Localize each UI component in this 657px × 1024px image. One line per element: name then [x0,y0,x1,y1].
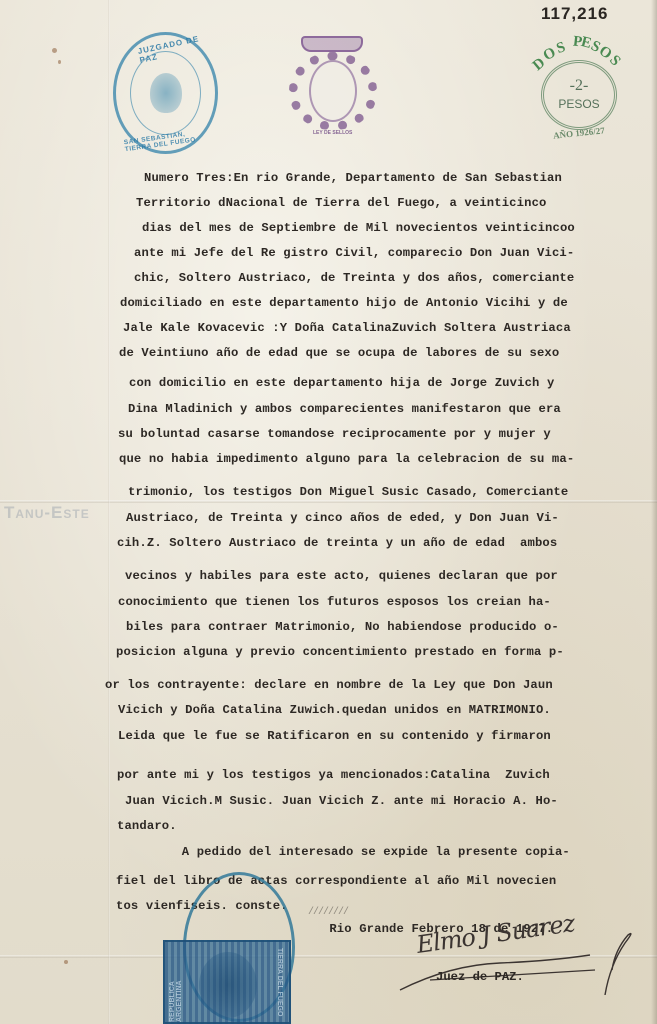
fold-crease-vertical [108,0,110,1024]
text-line: conocimiento que tienen los futuros espo… [118,595,551,609]
stamp-year: AÑO 1926/27 [553,125,606,140]
age-spot [52,48,57,53]
juzgado-de-paz-seal: JUZGADO DE PAZ SAN SEBASTIAN, TIERRA DEL… [113,32,218,154]
text-line: A pedido del interesado se expide la pre… [137,845,570,859]
stamp-oval [309,60,357,122]
typewriter-smudge: //////// [308,907,348,918]
text-line: or los contrayente: declare en nombre de… [105,678,553,692]
text-line: chic, Soltero Austriaco, de Treinta y do… [134,271,574,285]
signature-title: Juez de PAZ. [436,970,524,984]
serial-number: 117,216 [541,4,609,24]
text-line: trimonio, los testigos Don Miguel Susic … [128,485,568,499]
text-line: cih.Z. Soltero Austriaco de treinta y un… [117,536,557,550]
text-line: biles para contraer Matrimonio, No habie… [126,620,559,634]
text-line: dias del mes de Septiembre de Mil noveci… [142,221,575,235]
ley-de-sellos-stamp: LEY DE SELLOS [287,36,379,138]
watermark: Tanu-Este [4,503,90,523]
text-line: de Veintiuno año de edad que se ocupa de… [119,346,559,360]
text-line: por ante mi y los testigos ya mencionado… [117,768,550,782]
stamp-unit: PESOS [544,97,614,111]
text-line: su boluntad casarse tomandose reciprocam… [118,427,551,441]
text-line: domiciliado en este departamento hijo de… [120,296,568,310]
stamp-caption: LEY DE SELLOS [313,130,352,136]
stamp-banner [301,36,363,52]
text-line: Vicich y Doña Catalina Zuwich.quedan uni… [118,703,551,717]
text-line: con domicilio en este departamento hija … [129,376,554,390]
paper-edge [651,0,657,1024]
text-line: que no habia impedimento alguno para la … [119,452,574,466]
stamp-ring: -2- PESOS [541,60,617,130]
text-line: ante mi Jefe del Re gistro Civil, compar… [134,246,574,260]
certificate-body: Numero Tres:En rio Grande, Departamento … [0,0,15,420]
stamp-arc-text: DOS PESOS [530,34,621,51]
text-line: Numero Tres:En rio Grande, Departamento … [144,171,562,185]
text-line: Juan Vicich.M Susic. Juan Vicich Z. ante… [125,794,558,808]
text-line: fiel del libro de actas correspondiente … [116,874,556,888]
text-line: Austriaco, de Treinta y cinco años de ed… [126,511,559,525]
text-line: posicion alguna y previo concentimiento … [116,645,564,659]
revenue-stamp: REPUBLICA ARGENTINA TIERRA DEL FUEGO [163,940,291,1024]
text-line: tandaro. [117,819,177,833]
text-line: vecinos y habiles para este acto, quiene… [125,569,558,583]
dos-pesos-tax-stamp: DOS PESOS -2- PESOS AÑO 1926/27 [524,30,634,142]
fold-crease-horizontal [0,500,657,503]
age-spot [64,960,68,964]
text-line: Dina Mladinich y ambos comparecientes ma… [128,402,561,416]
coat-of-arms-icon [150,73,182,113]
revenue-stamp-right-text: TIERRA DEL FUEGO [276,948,283,1016]
text-line: Jale Kale Kovacevic :Y Doña CatalinaZuvi… [123,321,571,335]
revenue-stamp-emblem-icon [199,952,257,1018]
text-line: Territorio dNacional de Tierra del Fuego… [136,196,547,210]
stamp-value: -2- [544,77,614,95]
text-line: Leida que le fue se Ratificaron en su co… [118,729,551,743]
age-spot [58,60,61,64]
revenue-stamp-left-text: REPUBLICA ARGENTINA [169,948,183,1022]
